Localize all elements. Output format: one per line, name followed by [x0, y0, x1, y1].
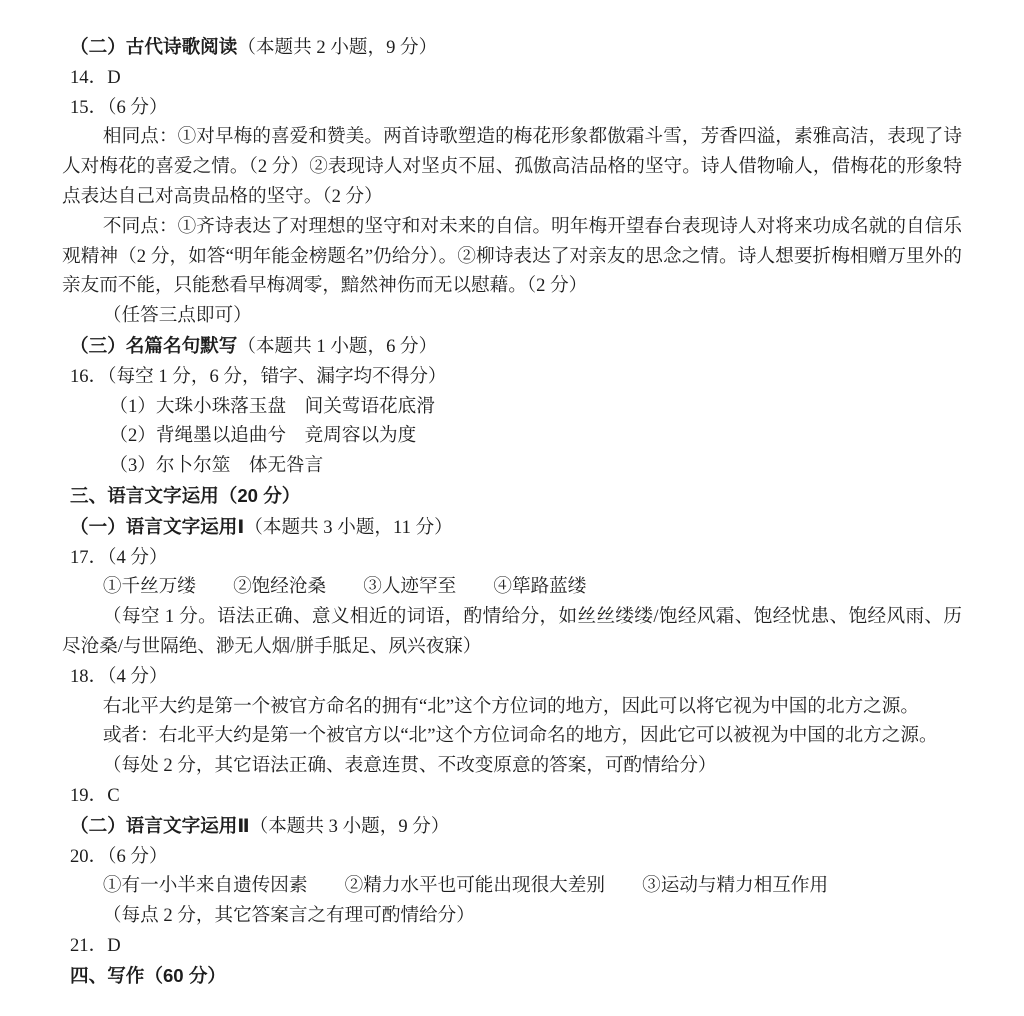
- section-header-language-use-1-title: （一）语言文字运用Ⅰ: [70, 516, 244, 537]
- answer-20-points: ①有一小半来自遗传因素 ②精力水平也可能出现很大差别 ③运动与精力相互作用: [62, 871, 962, 901]
- answer-17-words: ①千丝万缕 ②饱经沧桑 ③人迹罕至 ④筚路蓝缕: [62, 572, 962, 602]
- section-header-ancient-poetry: （二）古代诗歌阅读（本题共 2 小题，9 分）: [62, 32, 962, 63]
- answer-19: 19．C: [62, 781, 962, 811]
- section-header-language-use: 三、语言文字运用（20 分）: [62, 481, 962, 512]
- answer-14: 14．D: [62, 63, 962, 93]
- answer-17-score: 17．（4 分）: [62, 543, 962, 573]
- answer-18-score: 18．（4 分）: [62, 662, 962, 692]
- answer-20-note: （每点 2 分，其它答案言之有理可酌情给分）: [62, 901, 962, 931]
- answer-16-blank-3: （3）尔卜尔筮 体无咎言: [62, 451, 962, 481]
- section-header-language-use-2: （二）语言文字运用Ⅱ（本题共 3 小题，9 分）: [62, 811, 962, 842]
- section-header-famous-passages-suffix: （本题共 1 小题，6 分）: [237, 336, 437, 357]
- answer-16-score: 16．（每空 1 分，6 分，错字、漏字均不得分）: [62, 362, 962, 392]
- section-header-language-use-title: 三、语言文字运用（20 分）: [70, 485, 300, 506]
- answer-17-note: （每空 1 分。语法正确、意义相近的词语，酌情给分，如丝丝缕缕/饱经风霜、饱经忧…: [62, 602, 962, 662]
- answer-21: 21．D: [62, 931, 962, 961]
- section-header-ancient-poetry-suffix: （本题共 2 小题，9 分）: [237, 37, 437, 58]
- section-header-famous-passages: （三）名篇名句默写（本题共 1 小题，6 分）: [62, 331, 962, 362]
- document-body: （二）古代诗歌阅读（本题共 2 小题，9 分）14．D15．（6 分）相同点：①…: [62, 32, 962, 992]
- answer-16-blank-1: （1）大珠小珠落玉盘 间关莺语花底滑: [62, 392, 962, 422]
- answer-18-sentence-alt: 或者：右北平大约是第一个被官方以“北”这个方位词命名的地方，因此它可以被视为中国…: [62, 721, 962, 751]
- answer-15-score: 15．（6 分）: [62, 93, 962, 123]
- answer-16-blank-2: （2）背绳墨以追曲兮 竞周容以为度: [62, 421, 962, 451]
- answer-18-note: （每处 2 分，其它语法正确、表意连贯、不改变原意的答案，可酌情给分）: [62, 751, 962, 781]
- answer-15-same-points: 相同点：①对早梅的喜爱和赞美。两首诗歌塑造的梅花形象都傲霜斗雪，芳香四溢，素雅高…: [62, 122, 962, 211]
- answer-15-note: （任答三点即可）: [62, 301, 962, 331]
- section-header-language-use-1: （一）语言文字运用Ⅰ（本题共 3 小题，11 分）: [62, 512, 962, 543]
- answer-15-diff-points: 不同点：①齐诗表达了对理想的坚守和对未来的自信。明年梅开望春台表现诗人对将来功成…: [62, 212, 962, 301]
- section-header-famous-passages-title: （三）名篇名句默写: [70, 335, 237, 356]
- answer-20-score: 20．（6 分）: [62, 842, 962, 872]
- section-header-writing-title: 四、写作（60 分）: [70, 965, 226, 986]
- answer-18-sentence: 右北平大约是第一个被官方命名的拥有“北”这个方位词的地方，因此可以将它视为中国的…: [62, 692, 962, 722]
- answer-key-page: （二）古代诗歌阅读（本题共 2 小题，9 分）14．D15．（6 分）相同点：①…: [0, 0, 1024, 1016]
- section-header-language-use-2-suffix: （本题共 3 小题，9 分）: [250, 816, 450, 837]
- section-header-language-use-2-title: （二）语言文字运用Ⅱ: [70, 815, 250, 836]
- section-header-writing: 四、写作（60 分）: [62, 961, 962, 992]
- section-header-language-use-1-suffix: （本题共 3 小题，11 分）: [244, 517, 453, 538]
- section-header-ancient-poetry-title: （二）古代诗歌阅读: [70, 36, 237, 57]
